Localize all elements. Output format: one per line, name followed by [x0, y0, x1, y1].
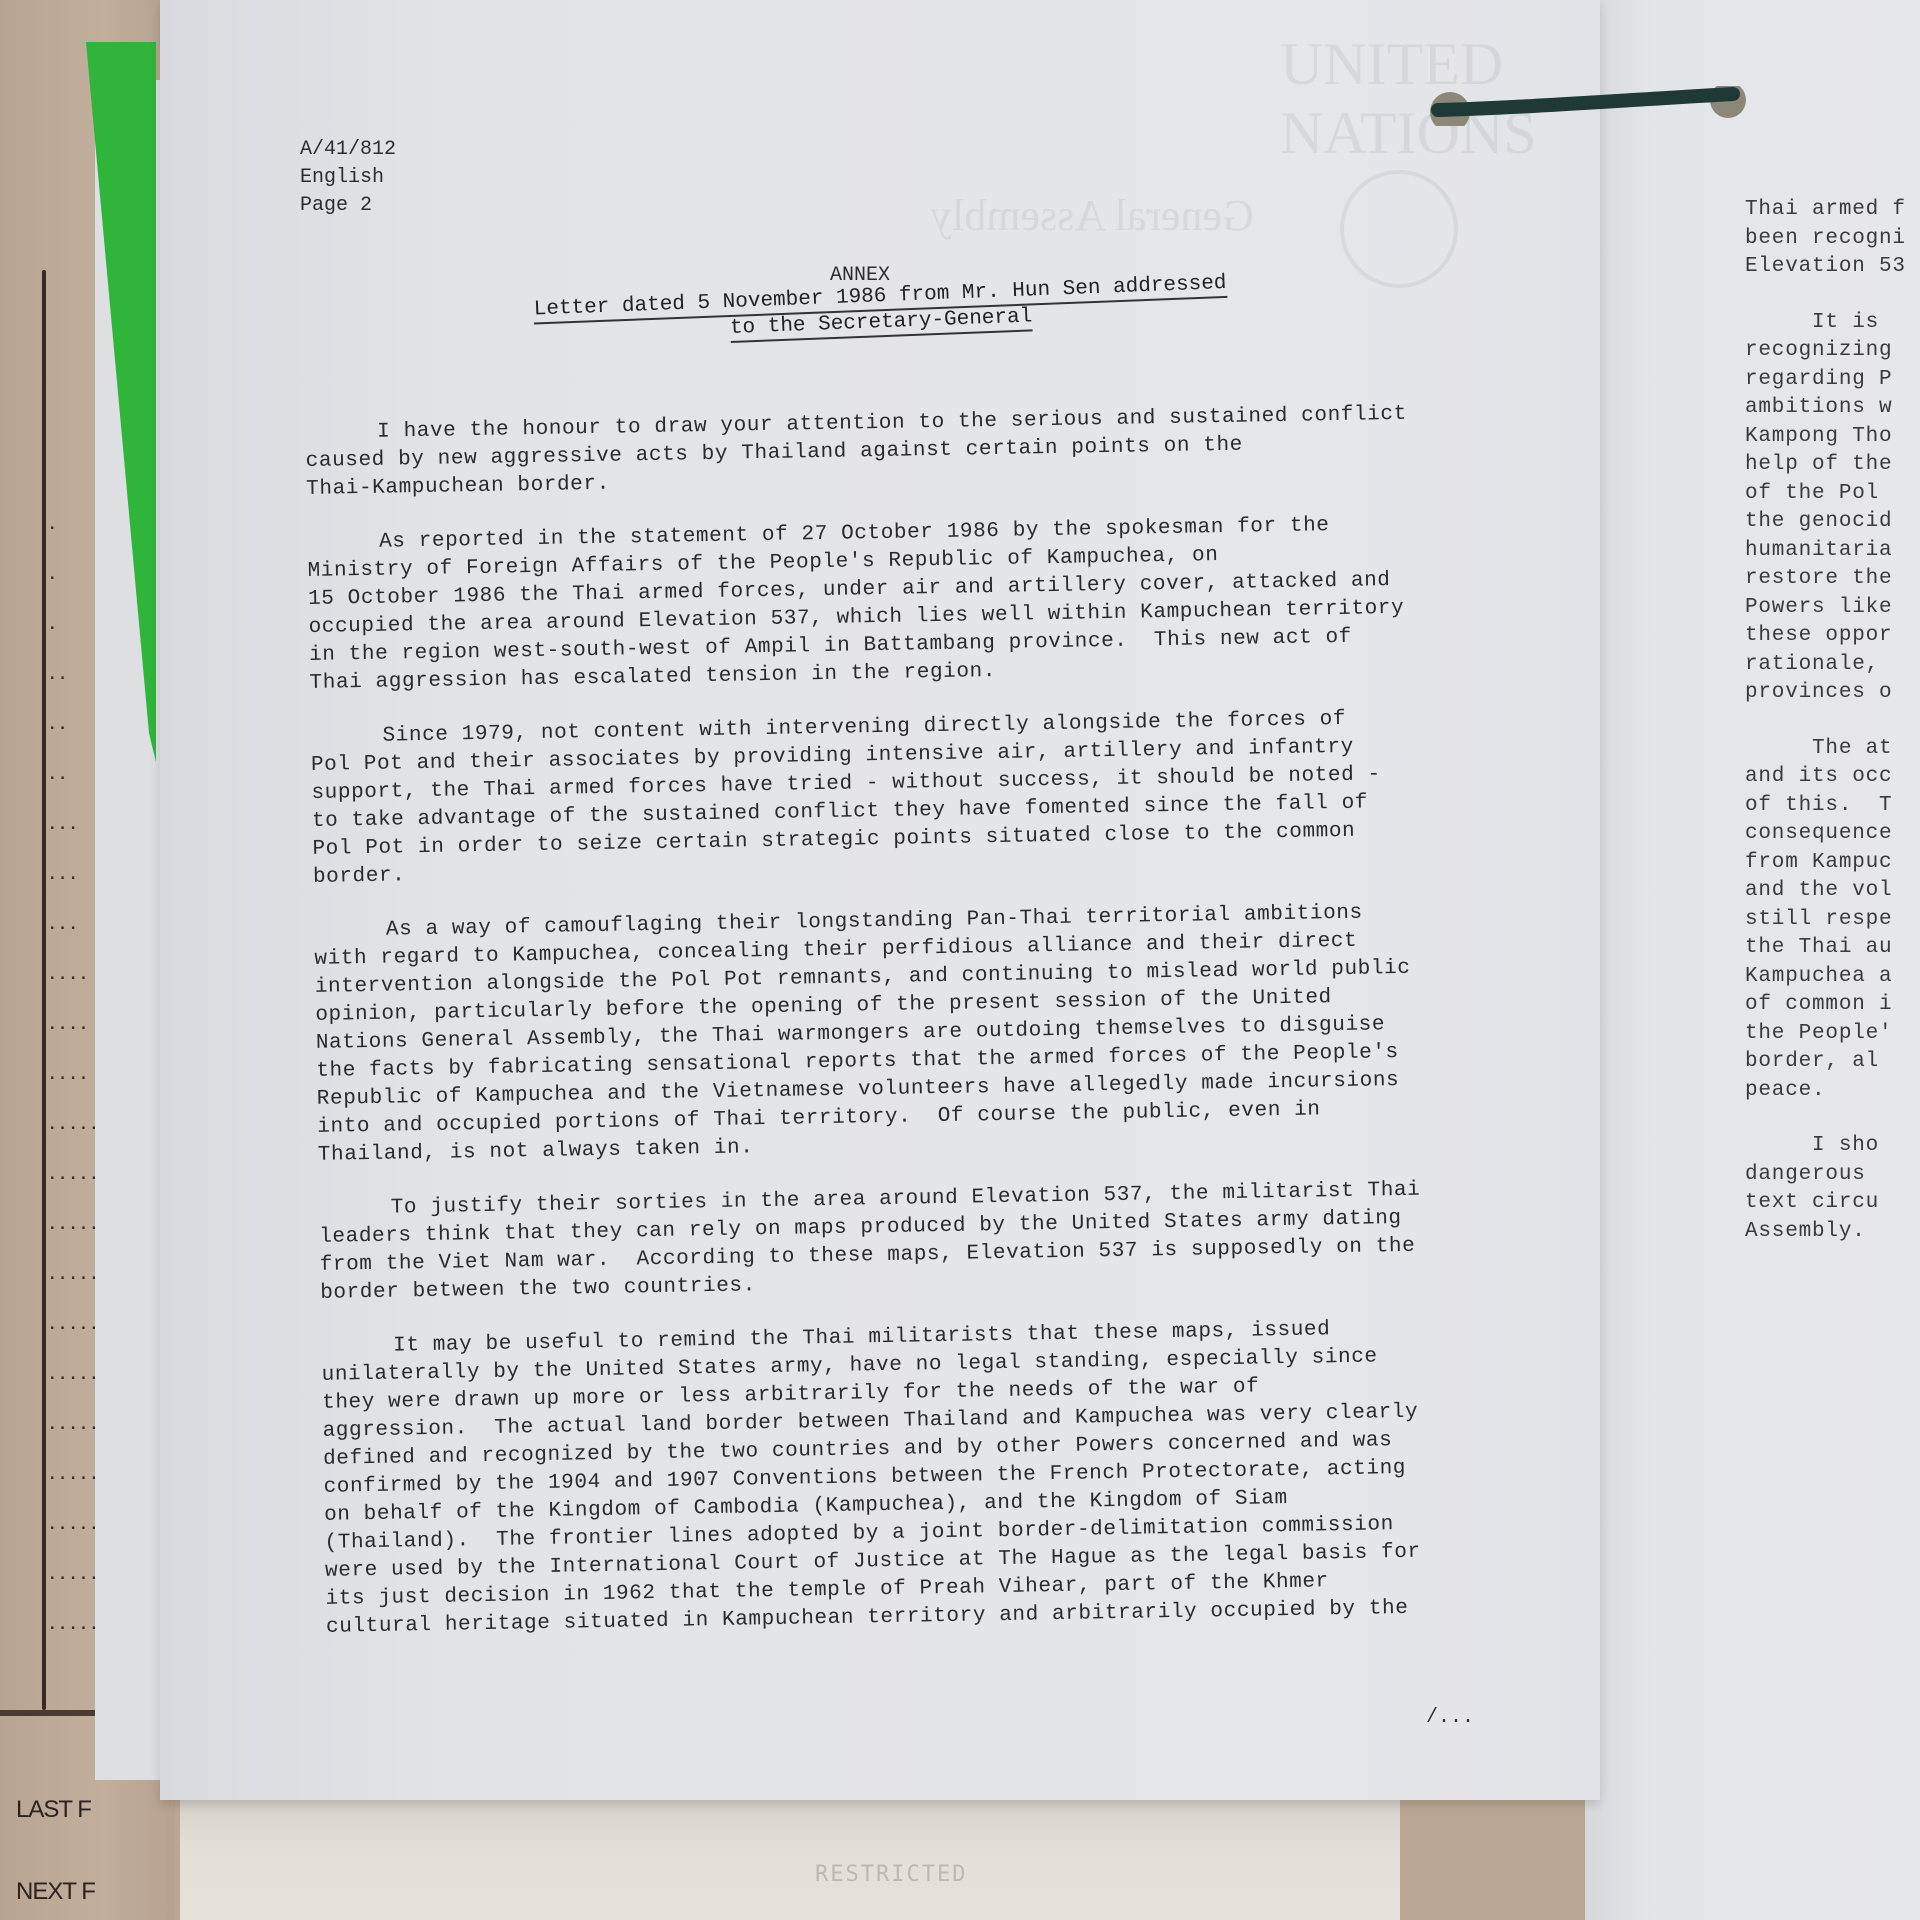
next-page-line: I sho — [1745, 1132, 1920, 1161]
next-page-line: rationale, — [1745, 651, 1920, 680]
next-page-line: It is — [1745, 309, 1920, 338]
next-page-line: the Thai au — [1745, 934, 1920, 963]
next-page-line: these oppor — [1745, 622, 1920, 651]
next-page-line: The at — [1745, 735, 1920, 764]
next-page-line: ambitions w — [1745, 394, 1920, 423]
next-page-text: Thai armed fbeen recogniElevation 53 It … — [1745, 196, 1920, 1246]
paragraph: To justify their sorties in the area aro… — [319, 1175, 1541, 1308]
folder-ruled-line — [42, 270, 46, 1710]
bleed-through-emblem — [1340, 170, 1458, 288]
next-page-line: dangerous — [1745, 1161, 1920, 1190]
next-page-line: from Kampuc — [1745, 849, 1920, 878]
next-page-line: text circu — [1745, 1189, 1920, 1218]
next-page-line: provinces o — [1745, 679, 1920, 708]
next-page-line: Thai armed f — [1745, 196, 1920, 225]
document-language: English — [300, 164, 396, 192]
next-page-line: the People' — [1745, 1020, 1920, 1049]
next-page-line: peace. — [1745, 1077, 1920, 1106]
document-symbol: A/41/812 — [300, 136, 396, 164]
paragraph: As a way of camouflaging their longstand… — [314, 897, 1538, 1170]
next-page-line: border, al — [1745, 1048, 1920, 1077]
paragraph-gap — [1745, 1105, 1920, 1132]
next-page-line: regarding P — [1745, 366, 1920, 395]
next-page-line: been recogni — [1745, 225, 1920, 254]
document-header: A/41/812 English Page 2 — [300, 136, 396, 220]
next-page-line: Powers like — [1745, 594, 1920, 623]
next-page-line: still respe — [1745, 906, 1920, 935]
next-page-line: humanitaria — [1745, 537, 1920, 566]
next-page-line: help of the — [1745, 451, 1920, 480]
page-number: Page 2 — [300, 192, 396, 220]
folder-label-last: LAST F — [16, 1796, 91, 1824]
next-page-line: consequence — [1745, 820, 1920, 849]
next-page-line: the genocid — [1745, 508, 1920, 537]
next-page-line: of this. T — [1745, 792, 1920, 821]
next-page-line: recognizing — [1745, 337, 1920, 366]
next-page-line: of the Pol — [1745, 480, 1920, 509]
folder-label-next: NEXT F — [16, 1878, 95, 1906]
section-heading: ANNEX — [830, 264, 890, 287]
next-page-line: restore the — [1745, 565, 1920, 594]
next-page-line: Elevation 53 — [1745, 253, 1920, 282]
next-page-line: Kampuchea a — [1745, 963, 1920, 992]
paragraph: As reported in the statement of 27 Octob… — [307, 509, 1530, 698]
letter-body: I have the honour to draw your attention… — [305, 399, 1547, 1668]
underlying-sheet — [180, 1800, 1400, 1920]
bleed-through-heading: General Assembly — [930, 190, 1254, 241]
binding-string — [1428, 86, 1748, 126]
paragraph-gap — [1745, 282, 1920, 309]
continuation-mark: /... — [1426, 1706, 1474, 1729]
next-page-line: and the vol — [1745, 877, 1920, 906]
next-page-line: Assembly. — [1745, 1218, 1920, 1247]
paragraph: It may be useful to remind the Thai mili… — [321, 1313, 1546, 1642]
next-page-line: Kampong Tho — [1745, 423, 1920, 452]
next-page-line: and its occ — [1745, 763, 1920, 792]
paragraph-gap — [1745, 708, 1920, 735]
next-page-line: of common i — [1745, 991, 1920, 1020]
underlying-sheet-stamp: RESTRICTED — [815, 1862, 967, 1887]
paragraph: Since 1979, not content with intervening… — [310, 703, 1533, 892]
